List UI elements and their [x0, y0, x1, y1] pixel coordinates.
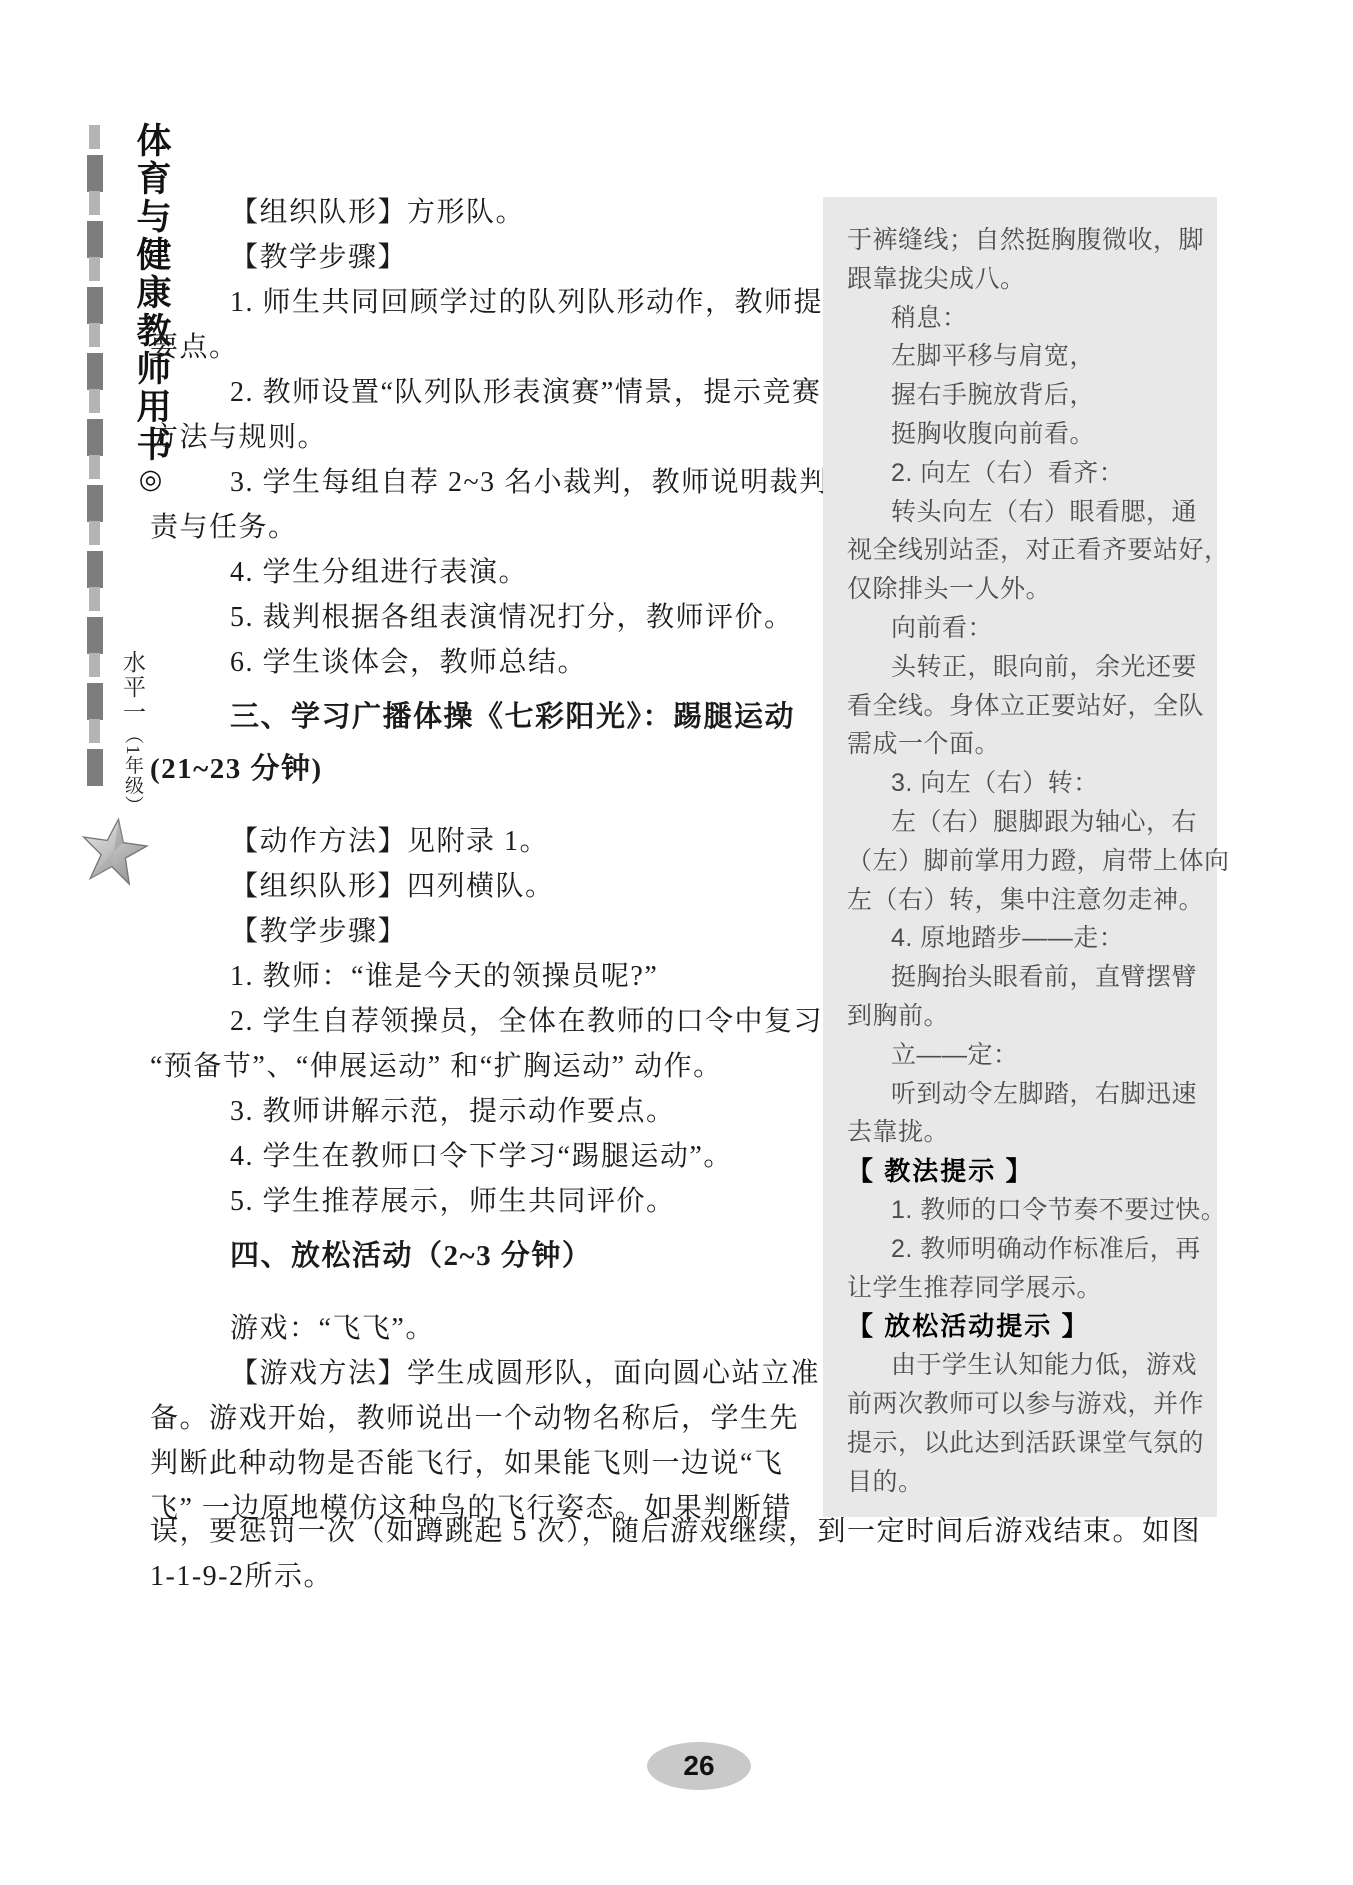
decor-block-light: [89, 587, 100, 611]
panel-line: 到胸前。: [847, 997, 1197, 1036]
book-page: 体育与健康教师用书◎ 水平一（1年级） 【组织队形】方形队。【教学步骤】1. 师…: [0, 0, 1353, 1885]
text-line: 3. 教师讲解示范，提示动作要点。: [150, 1089, 840, 1134]
decor-block-dark: [87, 617, 103, 654]
heading-line: (21~23 分钟): [150, 743, 840, 795]
panel-line: 跟靠拢尖成八。: [847, 260, 1197, 299]
heading-line: 三、学习广播体操《七彩阳光》：踢腿运动: [150, 691, 840, 743]
panel-line: 左（右）腿脚跟为轴心，右: [847, 803, 1197, 842]
panel-line: 向前看：: [847, 609, 1197, 648]
panel-line: 转头向左（右）眼看腮，通: [847, 493, 1197, 532]
text-line: 5. 裁判根据各组表演情况打分，教师评价。: [150, 595, 840, 640]
page-number: 26: [683, 1750, 714, 1782]
decor-block-light: [89, 455, 100, 479]
panel-line: 去靠拢。: [847, 1113, 1197, 1152]
decor-block-dark: [87, 749, 103, 786]
grade-level-sub: （1年级）: [122, 725, 143, 816]
panel-line: 于裤缝线；自然挺胸腹微收，脚: [847, 221, 1197, 260]
text-line: 5. 学生推荐展示，师生共同评价。: [150, 1179, 840, 1224]
panel-line: 由于学生认知能力低，游戏: [847, 1346, 1197, 1385]
section-heading: 三、学习广播体操《七彩阳光》：踢腿运动(21~23 分钟): [150, 691, 840, 795]
panel-line: 2. 向左（右）看齐：: [847, 454, 1197, 493]
grade-level-main: 水平一: [120, 650, 145, 725]
decor-block-light: [89, 521, 100, 545]
text-line: 判断此种动物是否能飞行，如果能飞则一边说“飞: [150, 1441, 840, 1486]
bottom-fullwidth-text: 误，要惩罚一次（如蹲跳起 5 次），随后游戏继续，到一定时间后游戏结束。如图1-…: [150, 1509, 1240, 1599]
page-number-badge: 26: [647, 1742, 751, 1790]
text-line: 3. 学生每组自荐 2~3 名小裁判，教师说明裁判职: [150, 460, 840, 505]
panel-line: 仅除排头一人外。: [847, 570, 1197, 609]
decor-block-dark: [87, 353, 103, 390]
panel-heading: 【 放松活动提示 】: [847, 1307, 1197, 1346]
panel-line: 需成一个面。: [847, 725, 1197, 764]
decor-block-light: [89, 125, 100, 149]
text-line: 【组织队形】方形队。: [150, 190, 840, 235]
panel-line: 前两次教师可以参与游戏，并作: [847, 1385, 1197, 1424]
text-line: 备。游戏开始，教师说出一个动物名称后，学生先: [150, 1396, 840, 1441]
text-line: 【游戏方法】学生成圆形队，面向圆心站立准: [150, 1351, 840, 1396]
text-line: 要点。: [150, 325, 840, 370]
decor-block-light: [89, 719, 100, 743]
text-line: 4. 学生在教师口令下学习“踢腿运动”。: [150, 1134, 840, 1179]
panel-line: 目的。: [847, 1463, 1197, 1502]
panel-line: 听到动令左脚踏，右脚迅速: [847, 1075, 1197, 1114]
heading-line: 四、放松活动（2~3 分钟）: [150, 1230, 840, 1282]
grade-level-vertical: 水平一（1年级）: [116, 650, 149, 816]
decor-block-light: [89, 389, 100, 413]
main-text-column: 【组织队形】方形队。【教学步骤】1. 师生共同回顾学过的队列队形动作，教师提示要…: [150, 190, 840, 1531]
panel-line: 让学生推荐同学展示。: [847, 1269, 1197, 1308]
decor-block-dark: [87, 551, 103, 588]
text-line: 【教学步骤】: [150, 909, 840, 954]
text-line: 2. 学生自荐领操员，全体在教师的口令中复习: [150, 999, 840, 1044]
text-line: 2. 教师设置“队列队形表演赛”情景，提示竞赛: [150, 370, 840, 415]
panel-heading: 【 教法提示 】: [847, 1152, 1197, 1191]
panel-line: 挺胸收腹向前看。: [847, 415, 1197, 454]
decor-block-light: [89, 257, 100, 281]
panel-line: 左（右）转，集中注意勿走神。: [847, 881, 1197, 920]
decor-block-dark: [87, 155, 103, 192]
star-icon: [80, 806, 148, 896]
text-line: 游戏：“飞飞”。: [150, 1306, 840, 1351]
panel-line: 挺胸抬头眼看前，直臂摆臂: [847, 958, 1197, 997]
decor-block-dark: [87, 683, 103, 720]
teaching-tips-panel: 于裤缝线；自然挺胸腹微收，脚跟靠拢尖成八。稍息：左脚平移与肩宽，握右手腕放背后，…: [823, 197, 1217, 1517]
text-line: 1-1-9-2所示。: [150, 1554, 1240, 1599]
text-line: 方法与规则。: [150, 415, 840, 460]
decor-block-dark: [87, 287, 103, 324]
text-line: 【教学步骤】: [150, 235, 840, 280]
panel-line: 头转正，眼向前，余光还要: [847, 648, 1197, 687]
decor-block-light: [89, 191, 100, 215]
panel-line: 握右手腕放背后，: [847, 376, 1197, 415]
text-line: 【组织队形】四列横队。: [150, 864, 840, 909]
panel-line: 4. 原地踏步——走：: [847, 919, 1197, 958]
decor-block-dark: [87, 485, 103, 522]
text-line: 1. 师生共同回顾学过的队列队形动作，教师提示: [150, 280, 840, 325]
decor-block-dark: [87, 221, 103, 258]
section-heading: 四、放松活动（2~3 分钟）: [150, 1230, 840, 1282]
panel-line: 1. 教师的口令节奏不要过快。: [847, 1191, 1197, 1230]
panel-line: 立——定：: [847, 1036, 1197, 1075]
text-line: “预备节”、“伸展运动” 和“扩胸运动” 动作。: [150, 1044, 840, 1089]
decor-block-dark: [87, 419, 103, 456]
panel-line: 2. 教师明确动作标准后，再: [847, 1230, 1197, 1269]
text-line: 误，要惩罚一次（如蹲跳起 5 次），随后游戏继续，到一定时间后游戏结束。如图: [150, 1509, 1240, 1554]
panel-line: 左脚平移与肩宽，: [847, 337, 1197, 376]
text-line: 1. 教师：“谁是今天的领操员呢?”: [150, 954, 840, 999]
decor-strip: [0, 0, 110, 900]
text-line: 责与任务。: [150, 505, 840, 550]
text-line: 4. 学生分组进行表演。: [150, 550, 840, 595]
panel-line: 提示，以此达到活跃课堂气氛的: [847, 1424, 1197, 1463]
panel-line: 视全线别站歪，对正看齐要站好，: [847, 531, 1197, 570]
text-line: 6. 学生谈体会，教师总结。: [150, 640, 840, 685]
panel-line: 3. 向左（右）转：: [847, 764, 1197, 803]
panel-line: （左）脚前掌用力蹬，肩带上体向: [847, 842, 1197, 881]
decor-block-light: [89, 323, 100, 347]
panel-line: 看全线。身体立正要站好，全队: [847, 687, 1197, 726]
decor-block-light: [89, 653, 100, 677]
text-line: 【动作方法】见附录 1。: [150, 819, 840, 864]
panel-line: 稍息：: [847, 299, 1197, 338]
